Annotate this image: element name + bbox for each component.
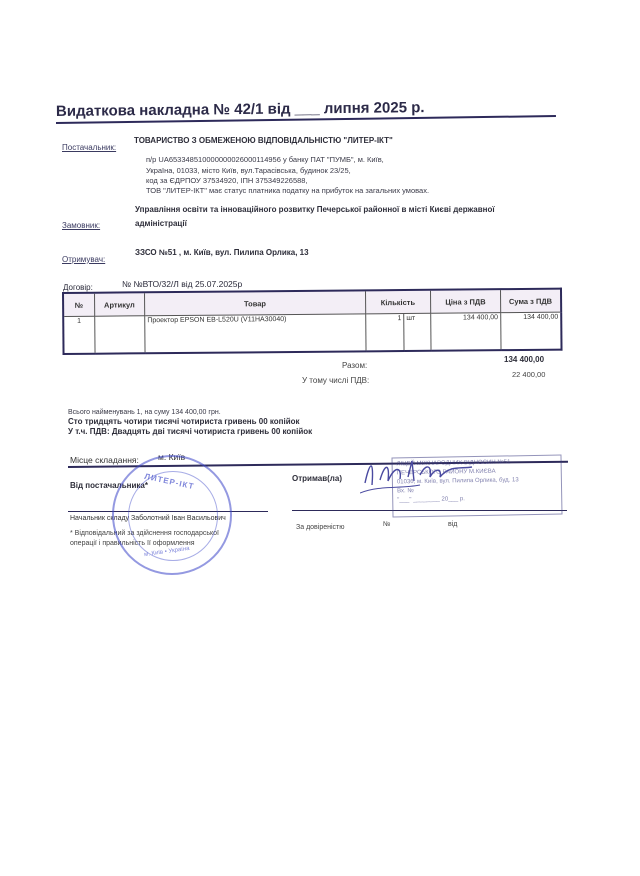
place-label: Місце складання: xyxy=(70,455,139,465)
contract-value: № №ВТО/32/Л від 25.07.2025р xyxy=(122,279,242,289)
supplier-details-1: п/р UA653348510000000026000114956 у банк… xyxy=(146,155,384,165)
items-table: № Артикул Товар Кількість Ціна з ПДВ Сум… xyxy=(62,288,563,355)
vat-in-words: У т.ч. ПДВ: Двадцять дві тисячі чотирист… xyxy=(68,427,312,436)
header-sum: Сума з ПДВ xyxy=(500,289,561,313)
cell-no: 1 xyxy=(63,316,94,354)
recipient-label: Отримувач: xyxy=(62,255,105,264)
header-article: Артикул xyxy=(94,292,145,316)
supplier-details-2: Україна, 01033, місто Київ, вул.Тарасівс… xyxy=(146,166,351,176)
total-value: 134 400,00 xyxy=(504,355,544,364)
cell-sum: 134 400,00 xyxy=(501,312,562,350)
power-of-attorney-label: За довіреністю xyxy=(296,524,344,531)
attorney-date-label: від xyxy=(448,521,457,528)
table-row: 1 Проектор EPSON EB-L520U (V11HA30040) 1… xyxy=(63,312,561,354)
total-label: Разом: xyxy=(342,361,367,370)
cell-price: 134 400,00 xyxy=(431,313,501,351)
contract-label: Договір: xyxy=(63,283,93,292)
round-company-stamp: ЛИТЕР-ІКТ м. Київ • Україна xyxy=(112,455,232,575)
attorney-number-label: № xyxy=(383,521,391,528)
header-price: Ціна з ПДВ xyxy=(430,289,500,313)
cell-product: Проектор EPSON EB-L520U (V11HA30040) xyxy=(145,314,366,353)
header-no: № xyxy=(63,293,94,317)
vat-value: 22 400,00 xyxy=(512,370,545,379)
customer-name-line2: адміністрації xyxy=(135,219,187,228)
supplier-details-4: ТОВ "ЛИТЕР-ІКТ" має статус платника пода… xyxy=(146,186,429,196)
cell-article xyxy=(94,316,145,354)
customer-label: Замовник: xyxy=(62,221,100,230)
cell-qty: 1 xyxy=(365,314,404,352)
amount-in-words: Сто тридцять чотири тисячі чотириста гри… xyxy=(68,417,300,426)
handwritten-signature-icon xyxy=(360,455,480,495)
supplier-details-3: код за ЄДРПОУ 37534920, ІПН 375349226588… xyxy=(146,176,308,186)
supplier-label: Постачальник: xyxy=(62,143,116,152)
received-label: Отримав(ла) xyxy=(292,474,342,483)
stamp-rect-line-5: "___" ________ 20___ р. xyxy=(397,494,557,506)
header-product: Товар xyxy=(145,290,366,315)
customer-name-line1: Управління освіти та інноваційного розви… xyxy=(135,205,495,214)
vat-label: У тому числі ПДВ: xyxy=(302,376,369,385)
supplier-name: ТОВАРИСТВО З ОБМЕЖЕНОЮ ВІДПОВІДАЛЬНІСТЮ … xyxy=(134,136,393,145)
header-quantity: Кількість xyxy=(365,290,430,314)
cell-unit: шт xyxy=(404,313,431,351)
recipient-name: ЗЗСО №51 , м. Київ, вул. Пилипа Орлика, … xyxy=(135,248,309,257)
